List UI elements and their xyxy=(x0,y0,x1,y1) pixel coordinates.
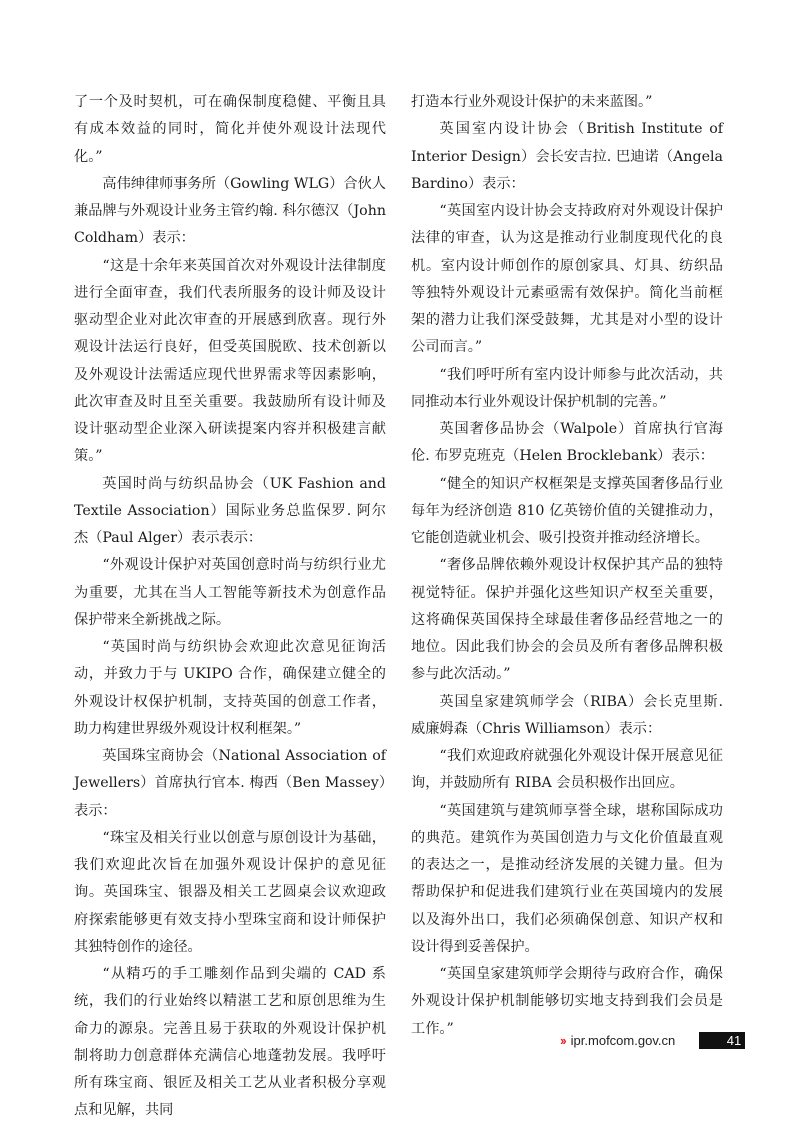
page-footer: ›› ipr.mofcom.gov.cn 41 xyxy=(560,1031,745,1049)
paragraph: 打造本行业外观设计保护的未来蓝图。” xyxy=(411,89,723,116)
right-column: 打造本行业外观设计保护的未来蓝图。” 英国室内设计协会（British Inst… xyxy=(411,89,723,1043)
quote-paragraph: “英国时尚与纺织协会欢迎此次意见征询活动，并致力于与 UKIPO 合作，确保建立… xyxy=(74,634,386,743)
left-column: 了一个及时契机，可在确保制度稳健、平衡且具有成本效益的同时，简化并使外观设计法现… xyxy=(74,89,386,1122)
paragraph: 了一个及时契机，可在确保制度稳健、平衡且具有成本效益的同时，简化并使外观设计法现… xyxy=(74,89,386,171)
paragraph: 英国珠宝商协会（National Association of Jeweller… xyxy=(74,743,386,825)
quote-paragraph: “奢侈品牌依赖外观设计权保护其产品的独特视觉特征。保护并强化这些知识产权至关重要… xyxy=(411,552,723,688)
quote-paragraph: “英国室内设计协会支持政府对外观设计保护法律的审查，认为这是推动行业制度现代化的… xyxy=(411,198,723,362)
quote-paragraph: “英国建筑与建筑师享誉全球，堪称国际成功的典范。建筑作为英国创造力与文化价值最直… xyxy=(411,798,723,962)
website-link[interactable]: ipr.mofcom.gov.cn xyxy=(571,1033,676,1048)
quote-paragraph: “珠宝及相关行业以创意与原创设计为基础，我们欢迎此次旨在加强外观设计保护的意见征… xyxy=(74,825,386,961)
paragraph: 高伟绅律师事务所（Gowling WLG）合伙人兼品牌与外观设计业务主管约翰. … xyxy=(74,171,386,253)
quote-paragraph: “从精巧的手工雕刻作品到尖端的 CAD 系统，我们的行业始终以精湛工艺和原创思维… xyxy=(74,961,386,1122)
paragraph: 英国时尚与纺织品协会（UK Fashion and Textile Associ… xyxy=(74,471,386,553)
paragraph: 英国皇家建筑师学会（RIBA）会长克里斯. 威廉姆森（Chris William… xyxy=(411,689,723,744)
page-number: 41 xyxy=(699,1032,745,1049)
quote-paragraph: “健全的知识产权框架是支撑英国奢侈品行业每年为经济创造 810 亿英镑价值的关键… xyxy=(411,471,723,553)
paragraph: 英国奢侈品协会（Walpole）首席执行官海伦. 布罗克班克（Helen Bro… xyxy=(411,416,723,471)
quote-paragraph: “这是十余年来英国首次对外观设计法律制度进行全面审查，我们代表所服务的设计师及设… xyxy=(74,253,386,471)
double-chevron-right-icon: ›› xyxy=(560,1033,565,1048)
quote-paragraph: “我们呼吁所有室内设计师参与此次活动，共同推动本行业外观设计保护机制的完善。” xyxy=(411,362,723,417)
quote-paragraph: “外观设计保护对英国创意时尚与纺织行业尤为重要，尤其在当人工智能等新技术为创意作… xyxy=(74,552,386,634)
quote-paragraph: “我们欢迎政府就强化外观设计保开展意见征询，并鼓励所有 RIBA 会员积极作出回… xyxy=(411,743,723,798)
paragraph: 英国室内设计协会（British Institute of Interior D… xyxy=(411,116,723,198)
